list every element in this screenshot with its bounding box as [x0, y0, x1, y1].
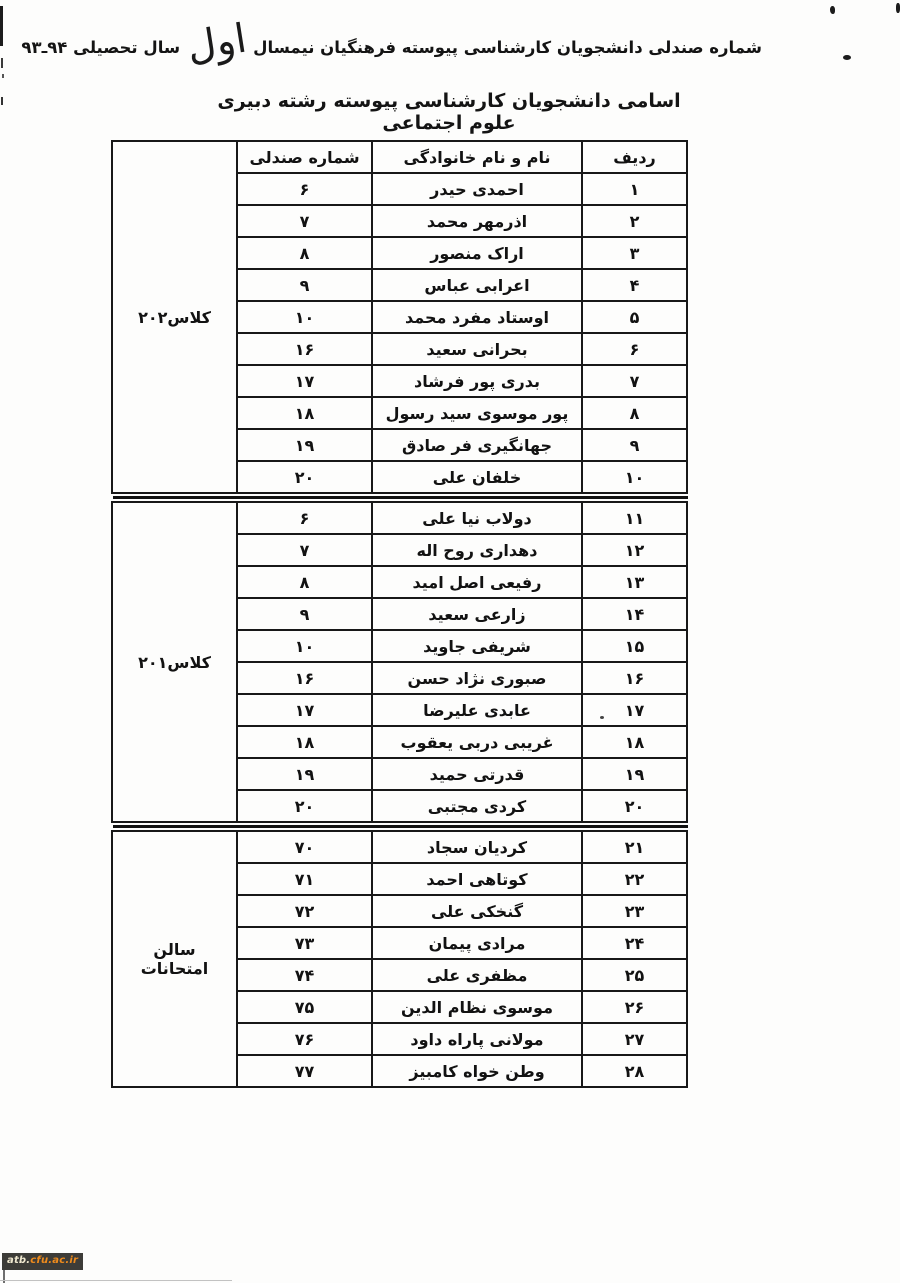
- scanned-document-page: شماره صندلی دانشجویان کارشناسی پیوسته فر…: [0, 0, 900, 1283]
- student-name-cell: کردیان سجاد: [372, 831, 582, 863]
- row-number-cell: ۸: [582, 397, 687, 429]
- row-number-cell: ۱۲: [582, 534, 687, 566]
- row-number-cell: ۱۷: [582, 694, 687, 726]
- student-name-cell: گنخکی علی: [372, 895, 582, 927]
- row-number-cell: ۱۸: [582, 726, 687, 758]
- row-number-cell: ۲۸: [582, 1055, 687, 1087]
- seat-number-cell: ۷: [237, 205, 372, 237]
- seat-number-cell: ۷۰: [237, 831, 372, 863]
- student-name-cell: وطن خواه کامبیز: [372, 1055, 582, 1087]
- seat-number-cell: ۱۰: [237, 301, 372, 333]
- handwritten-semester: اول: [187, 38, 246, 47]
- student-name-cell: کوتاهی احمد: [372, 863, 582, 895]
- seat-number-cell: ۷۳: [237, 927, 372, 959]
- document-header-line: شماره صندلی دانشجویان کارشناسی پیوسته فر…: [21, 38, 762, 57]
- student-name-cell: بدری پور فرشاد: [372, 365, 582, 397]
- table-area: ردیفنام و نام خانوادگیشماره صندلیکلاس۲۰۲…: [109, 140, 688, 1088]
- row-number-cell: ۴: [582, 269, 687, 301]
- header-text-after: سال تحصیلی ۹۴ـ۹۳: [21, 38, 180, 57]
- student-name-cell: کردی مجتبی: [372, 790, 582, 822]
- student-name-cell: صبوری نژاد حسن: [372, 662, 582, 694]
- watermark-prefix: atb.: [7, 1255, 30, 1266]
- row-number-cell: ۲۴: [582, 927, 687, 959]
- student-name-cell: اذرمهر محمد: [372, 205, 582, 237]
- seat-number-cell: ۷۲: [237, 895, 372, 927]
- scan-artifact-left-edge: [1, 97, 3, 105]
- row-number-cell: ۲۰: [582, 790, 687, 822]
- seat-number-cell: ۷۶: [237, 1023, 372, 1055]
- row-number-cell: ۱۰: [582, 461, 687, 493]
- student-name-cell: غریبی دربی یعقوب: [372, 726, 582, 758]
- table-row: ۲۱کردیان سجاد۷۰سالن امتحانات: [112, 831, 687, 863]
- scan-artifact-bottom-line: [0, 1280, 232, 1281]
- row-number-cell: ۱۵: [582, 630, 687, 662]
- row-number-cell: ۲۵: [582, 959, 687, 991]
- student-name-cell: عابدی علیرضا: [372, 694, 582, 726]
- seat-number-cell: ۷۴: [237, 959, 372, 991]
- student-name-cell: شریفی جاوید: [372, 630, 582, 662]
- seat-number-cell: ۶: [237, 502, 372, 534]
- scan-speck: [830, 6, 835, 14]
- row-number-cell: ۱: [582, 173, 687, 205]
- seat-number-cell: ۷۵: [237, 991, 372, 1023]
- class-label-cell: کلاس۲۰۱: [112, 502, 237, 822]
- seat-number-cell: ۱۷: [237, 365, 372, 397]
- seat-number-cell: ۲۰: [237, 790, 372, 822]
- student-name-cell: خلفان علی: [372, 461, 582, 493]
- roster-table: ۲۱کردیان سجاد۷۰سالن امتحانات۲۲کوتاهی احم…: [111, 830, 688, 1088]
- seat-number-cell: ۱۸: [237, 726, 372, 758]
- seat-number-cell: ۱۰: [237, 630, 372, 662]
- seat-number-cell: ۷۱: [237, 863, 372, 895]
- header-radif: ردیف: [582, 141, 687, 173]
- row-number-cell: ۲۳: [582, 895, 687, 927]
- watermark-suffix: cfu.ac.ir: [30, 1255, 78, 1266]
- page-title: اسامی دانشجویان کارشناسی پیوسته رشته دبی…: [194, 90, 704, 134]
- scan-speck: [896, 3, 900, 13]
- student-name-cell: دهداری روح اله: [372, 534, 582, 566]
- student-name-cell: احمدی حیدر: [372, 173, 582, 205]
- student-name-cell: دولاب نیا علی: [372, 502, 582, 534]
- student-name-cell: جهانگیری فر صادق: [372, 429, 582, 461]
- roster-table: ردیفنام و نام خانوادگیشماره صندلیکلاس۲۰۲…: [111, 140, 688, 494]
- roster-table: ۱۱دولاب نیا علی۶کلاس۲۰۱۱۲دهداری روح اله۷…: [111, 501, 688, 823]
- student-name-cell: رفیعی اصل امید: [372, 566, 582, 598]
- row-number-cell: ۵: [582, 301, 687, 333]
- row-number-cell: ۶: [582, 333, 687, 365]
- student-name-cell: اوستاد مفرد محمد: [372, 301, 582, 333]
- seat-number-cell: ۷۷: [237, 1055, 372, 1087]
- student-name-cell: اعرابی عباس: [372, 269, 582, 301]
- seat-number-cell: ۱۹: [237, 758, 372, 790]
- seat-number-cell: ۱۸: [237, 397, 372, 429]
- row-number-cell: ۹: [582, 429, 687, 461]
- scan-artifact-left-edge: [2, 74, 4, 78]
- student-name-cell: زارعی سعید: [372, 598, 582, 630]
- student-name-cell: پور موسوی سید رسول: [372, 397, 582, 429]
- header-name: نام و نام خانوادگی: [372, 141, 582, 173]
- scan-artifact-left-edge: [0, 6, 3, 46]
- row-number-cell: ۱۳: [582, 566, 687, 598]
- row-number-cell: ۱۶: [582, 662, 687, 694]
- row-number-cell: ۱۹: [582, 758, 687, 790]
- group-separator-line: [113, 825, 688, 828]
- student-name-cell: مظفری علی: [372, 959, 582, 991]
- scan-speck: [843, 55, 851, 60]
- table-row: ۱۱دولاب نیا علی۶کلاس۲۰۱: [112, 502, 687, 534]
- seat-number-cell: ۱۶: [237, 333, 372, 365]
- site-watermark: atb.cfu.ac.ir: [2, 1253, 83, 1270]
- seat-number-cell: ۱۷: [237, 694, 372, 726]
- seat-number-cell: ۹: [237, 269, 372, 301]
- row-number-cell: ۷: [582, 365, 687, 397]
- seat-number-cell: ۷: [237, 534, 372, 566]
- seat-number-cell: ۱۶: [237, 662, 372, 694]
- student-name-cell: قدرتی حمید: [372, 758, 582, 790]
- class-label-cell: کلاس۲۰۲: [112, 141, 237, 493]
- header-text-before: شماره صندلی دانشجویان کارشناسی پیوسته فر…: [253, 38, 762, 57]
- group-separator-line: [113, 496, 688, 499]
- student-name-cell: موسوی نظام الدین: [372, 991, 582, 1023]
- row-number-cell: ۲۶: [582, 991, 687, 1023]
- row-number-cell: ۲۷: [582, 1023, 687, 1055]
- student-name-cell: مرادی پیمان: [372, 927, 582, 959]
- seat-number-cell: ۹: [237, 598, 372, 630]
- seat-number-cell: ۱۹: [237, 429, 372, 461]
- row-number-cell: ۱۴: [582, 598, 687, 630]
- header-row: ردیفنام و نام خانوادگیشماره صندلیکلاس۲۰۲: [112, 141, 687, 173]
- row-number-cell: ۲: [582, 205, 687, 237]
- class-label-cell: سالن امتحانات: [112, 831, 237, 1087]
- row-number-cell: ۱۱: [582, 502, 687, 534]
- seat-number-cell: ۶: [237, 173, 372, 205]
- student-name-cell: مولانی پاراه داود: [372, 1023, 582, 1055]
- student-name-cell: بحرانی سعید: [372, 333, 582, 365]
- row-number-cell: ۲۱: [582, 831, 687, 863]
- scan-artifact-left-edge: [1, 58, 3, 68]
- seat-number-cell: ۸: [237, 566, 372, 598]
- seat-number-cell: ۸: [237, 237, 372, 269]
- row-number-cell: ۲۲: [582, 863, 687, 895]
- row-number-cell: ۳: [582, 237, 687, 269]
- header-seat: شماره صندلی: [237, 141, 372, 173]
- student-name-cell: اراک منصور: [372, 237, 582, 269]
- seat-number-cell: ۲۰: [237, 461, 372, 493]
